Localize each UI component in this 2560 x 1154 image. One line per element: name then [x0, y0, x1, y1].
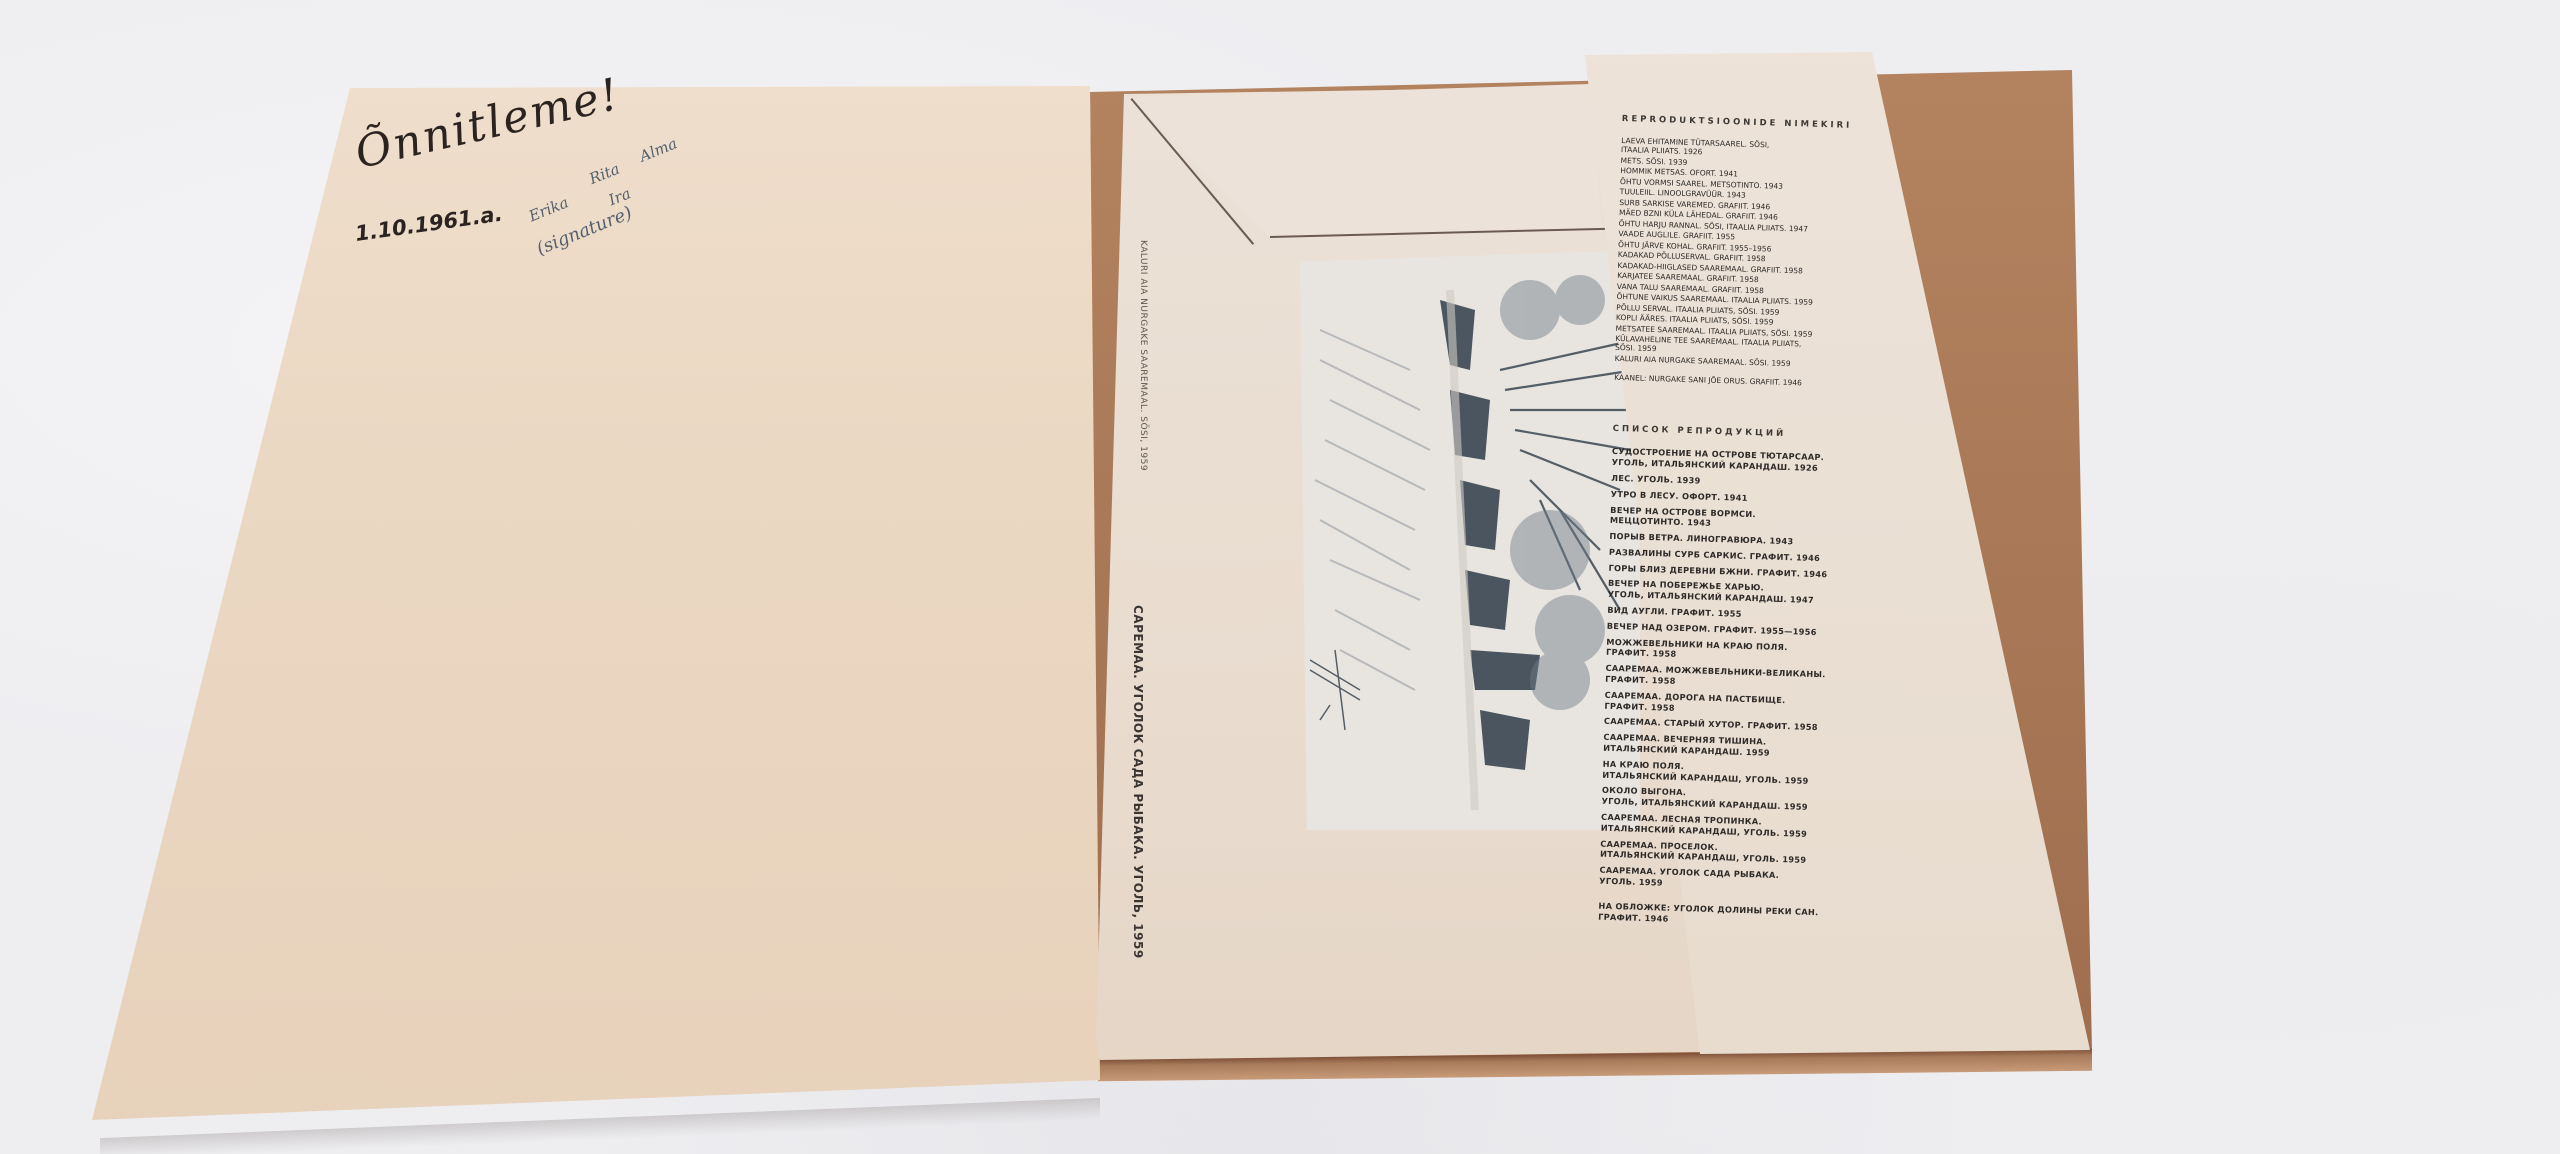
russian-list-heading: СПИСОК РЕПРОДУКЦИЙ — [1612, 424, 1992, 445]
print-caption-russian: САРЕМАА. УГОЛОК САДА РЫБАКА. УГОЛЬ, 1959 — [1131, 605, 1145, 959]
charcoal-drawing-garden-corner — [1300, 250, 1640, 830]
estonian-cover-note: Kaanel: Nurgake Sani jõe orus. Grafiit. … — [1614, 373, 1994, 393]
signature: Rita — [587, 160, 623, 188]
signature: Erika — [526, 193, 571, 225]
reproduction-list: REPRODUKTSIOONIDE NIMEKIRI Laeva ehitami… — [1598, 114, 2002, 933]
print-caption-estonian: KALURI AIA NURGAKE SAAREMAAL. SÖSI, 1959 — [1138, 240, 1148, 471]
photo-scene: Õnnitleme! 1.10.1961.a. Erika Rita Alma … — [0, 0, 2560, 1154]
drawing-illustration — [1300, 250, 1640, 830]
list-item: СААРЕМАА. УГОЛОК САДА РЫБАКА. УГОЛЬ. 195… — [1599, 865, 1979, 898]
signature: Alma — [637, 134, 680, 165]
russian-list: СПИСОК РЕПРОДУКЦИЙ СУДОСТРОЕНИЕ НА ОСТРО… — [1598, 424, 1993, 933]
estonian-list: Laeva ehitamine Tütarsaarel. Sösi, itaal… — [1614, 136, 2001, 393]
